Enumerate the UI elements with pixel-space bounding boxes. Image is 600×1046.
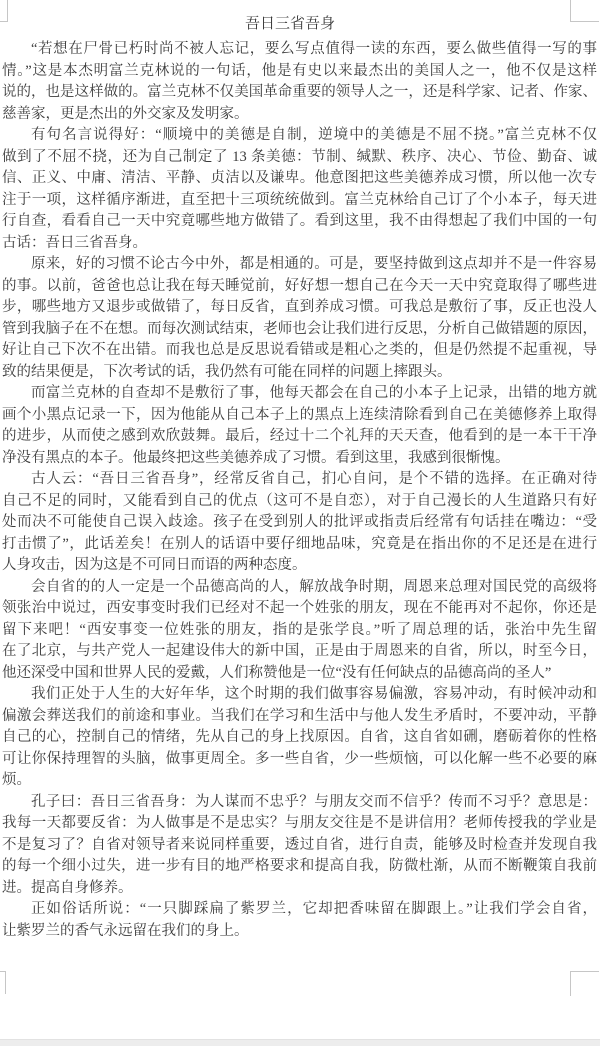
text-line: 步，哪些地方又退步或做错了，每日反省，直到养成习惯。可我总是敷衍了事，反正也没人 bbox=[2, 297, 597, 319]
text-line: 好让自己下次不在出错。而我也总是反思说看错或是粗心之类的，但是仍然提不起重视，导 bbox=[2, 340, 597, 362]
text-line: 正如俗话所说：“一只脚踩扁了紫罗兰，它却把香味留在脚跟上。”让我们学会自省， bbox=[2, 899, 597, 921]
text-line: 自己不足的同时，又能看到自己的优点（这可不是自恋），对于自己漫长的人生道路只有好 bbox=[2, 491, 597, 513]
text-line: 我每一天都要反省：为人做事是不是忠实？与朋友交往是不是讲信用？老师传授我的学业是 bbox=[2, 813, 597, 835]
text-line: 自己的心，控制自己的情绪，先从自己的身上找原因。自省，这自省如硎，磨砺着你的性格 bbox=[2, 727, 597, 749]
text-line: 我们正处于人生的大好年华，这个时期的我们做事容易偏激，容易冲动，有时候冲动和 bbox=[2, 684, 597, 706]
text-line: 注于一项，这样循序渐进，直至把十三项统统做到。富兰克林给自己订了个小本子，每天进 bbox=[2, 190, 597, 212]
text-line: 可让你保持理智的头脑，做事更周全。多一些自省，少一些烦恼，可以化解一些不必要的麻 bbox=[2, 749, 597, 771]
text-line: 进。提高自身修养。 bbox=[2, 878, 597, 900]
text-line: 打击惯了”，此话差矣！在别人的话语中要仔细地品味，究竟是在指出你的不足还是在进行 bbox=[2, 534, 597, 556]
text-line: 的事。以前，爸爸也总让我在每天睡觉前，好好想一想自己在今天一天中究竟取得了哪些进 bbox=[2, 276, 597, 298]
margin-crop-mark-bottom-right bbox=[570, 971, 599, 996]
text-column[interactable]: “若想在尸骨已朽时尚不被人忘记，要么写点值得一读的东西，要么做些值得一写的事情。… bbox=[2, 39, 597, 942]
text-line: 让紫罗兰的香气永远留在我们的身上。 bbox=[2, 921, 597, 943]
text-line: 行自查，看看自己一天中究竟哪些地方做错了。看到这里，我不由得想起了我们中国的一句 bbox=[2, 211, 597, 233]
text-line: 有句名言说得好：“顺境中的美德是自制，逆境中的美德是不屈不挠。”富兰克林不仅 bbox=[2, 125, 597, 147]
document-title: 吾日三省吾身 bbox=[2, 12, 578, 36]
text-line: 领张治中说过，西安事变时我们已经对不起一个姓张的朋友，现在不能再对不起你，你还是 bbox=[2, 598, 597, 620]
text-line: 情。”这是本杰明富兰克林说的一句话，他是有史以来最杰出的美国人之一，他不仅是这样 bbox=[2, 61, 597, 83]
text-line: 净没有黑点的本子。他最终把这些美德养成了习惯。看到这里，我感到很惭愧。 bbox=[2, 448, 597, 470]
text-line: 慈善家，更是杰出的外交家及发明家。 bbox=[2, 104, 597, 126]
text-line: 不是复习了？自省对领导者来说同样重要，透过自省，进行自责，能够及时检查并发现自我 bbox=[2, 835, 597, 857]
text-line: 古人云：“吾日三省吾身”，经常反省自己，扪心自问，是个不错的选择。在正确对待 bbox=[2, 469, 597, 491]
text-line: 会自省的的人一定是一个品德高尚的人，解放战争时期，周恩来总理对国民党的高级将 bbox=[2, 577, 597, 599]
page-bottom-edge bbox=[0, 1039, 600, 1046]
text-line: 管到我脑子在不在想。而每次测试结束，老师也会让我们进行反思，分析自己做错题的原因… bbox=[2, 319, 597, 341]
text-line: 古话：吾日三省吾身。 bbox=[2, 233, 597, 255]
text-line: 偏激会葬送我们的前途和事业。当我们在学习和生活中与他人发生矛盾时，不要冲动，平静 bbox=[2, 706, 597, 728]
text-line: 而富兰克林的自查却不是敷衍了事，他每天都会在自己的小本子上记录，出错的地方就 bbox=[2, 383, 597, 405]
text-line: 做到了不屈不挠，还为自己制定了 13 条美德：节制、缄默、秩序、决心、节俭、勤奋… bbox=[2, 147, 597, 169]
text-line: “若想在尸骨已朽时尚不被人忘记，要么写点值得一读的东西，要么做些值得一写的事 bbox=[2, 39, 597, 61]
text-line: 留下来吧！“西安事变一位姓张的朋友，指的是张学良。”听了周总理的话，张治中先生留 bbox=[2, 620, 597, 642]
text-line: 原来，好的习惯不论古今中外，都是相通的。可是，要坚持做到这点却并不是一件容易 bbox=[2, 254, 597, 276]
text-line: 他还深受中国和世界人民的爱戴，人们称赞他是一位“没有任何缺点的品德高尚的圣人” bbox=[2, 663, 597, 685]
text-line: 在了北京，与共产党人一起建设伟大的新中国，正是由于周恩来的自省，所以，时至今日， bbox=[2, 641, 597, 663]
text-line: 致的结果便是，下次考试的话，我仍然有可能在同样的问题上摔跟头。 bbox=[2, 362, 597, 384]
text-line: 人身攻击，因为这是不可同日而语的两种态度。 bbox=[2, 555, 597, 577]
text-line: 信、正义、中庸、清洁、平静、贞洁以及谦卑。他意图把这些美德养成习惯，所以他一次专 bbox=[2, 168, 597, 190]
text-line: 处而决不可能使自己误入歧途。孩子在受到别人的批评或指责后经常有句话挂在嘴边：“受 bbox=[2, 512, 597, 534]
text-line: 的进步，从而使之感到欢欣鼓舞。最后，经过十二个礼拜的天天查，他看到的是一本干干净 bbox=[2, 426, 597, 448]
text-line: 烦。 bbox=[2, 770, 597, 792]
text-line: 画个小黑点记录一下，因为他能从自己本子上的黑点上连续清除看到自己在美德修养上取得 bbox=[2, 405, 597, 427]
margin-crop-mark-bottom-left bbox=[0, 971, 6, 994]
document-page: 吾日三省吾身 “若想在尸骨已朽时尚不被人忘记，要么写点值得一读的东西，要么做些值… bbox=[0, 0, 600, 1046]
text-line: 孔子曰：吾日三省吾身：为人谋而不忠乎？与朋友交而不信乎？传而不习乎？意思是： bbox=[2, 792, 597, 814]
text-line: 的每一个细小过失，进一步有目的地严格要求和提高自我，防微杜渐，从而不断鞭策自我前 bbox=[2, 856, 597, 878]
text-line: 说的，也是这样做的。富兰克林不仅美国革命重要的领导人之一，还是科学家、记者、作家… bbox=[2, 82, 597, 104]
